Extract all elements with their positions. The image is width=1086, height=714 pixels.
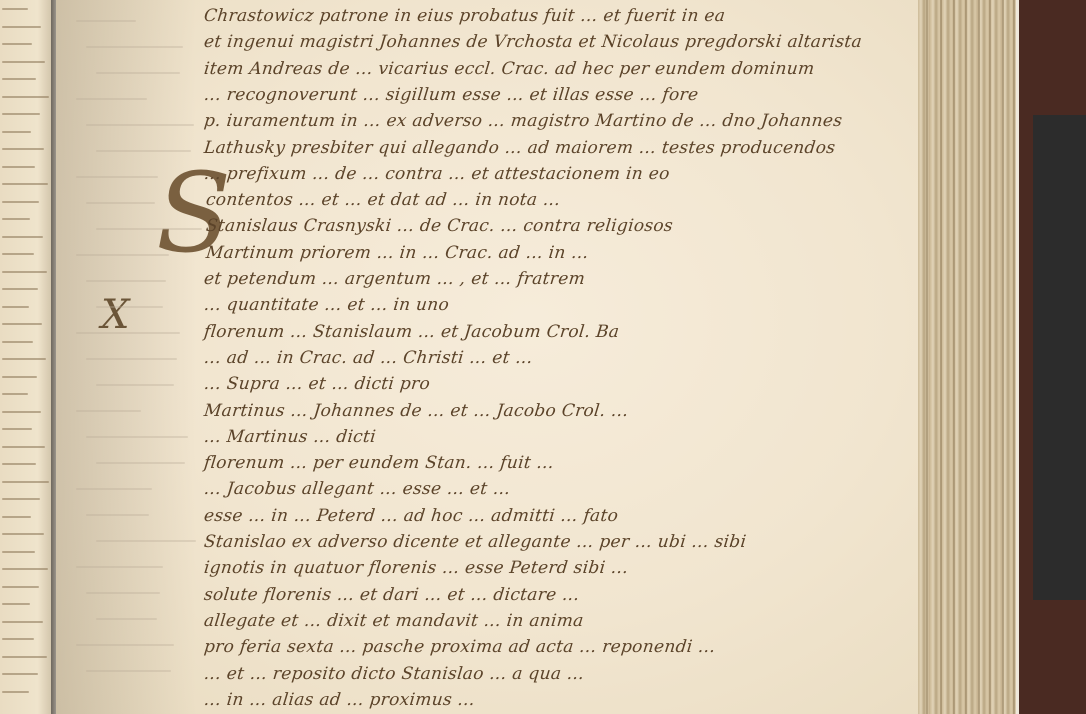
manuscript-line: item Andreas de ... vicarius eccl. Crac.… bbox=[203, 59, 816, 79]
facing-page-text bbox=[2, 691, 29, 693]
facing-page-text bbox=[2, 61, 45, 63]
facing-page-text bbox=[2, 516, 31, 518]
bleed-through-ink bbox=[86, 202, 155, 204]
facing-page-text bbox=[2, 656, 47, 658]
facing-page-text bbox=[2, 131, 31, 133]
manuscript-line: Stanislaus Crasnyski ... de Crac. ... co… bbox=[205, 216, 674, 236]
facing-page-text bbox=[2, 638, 34, 640]
facing-page-text bbox=[2, 428, 32, 430]
manuscript-line: florenum ... per eundem Stan. ... fuit .… bbox=[203, 453, 555, 473]
facing-page-text bbox=[2, 8, 28, 10]
facing-page-text bbox=[2, 358, 46, 360]
manuscript-line: ignotis in quatuor florenis ... esse Pet… bbox=[203, 558, 629, 578]
bleed-through-ink bbox=[76, 488, 152, 490]
page-edge-fold bbox=[953, 0, 955, 714]
facing-page-text bbox=[2, 498, 40, 500]
page-edge-fold bbox=[965, 0, 967, 714]
bleed-through-ink bbox=[76, 566, 163, 568]
facing-page-text bbox=[2, 96, 49, 98]
facing-page-text bbox=[2, 306, 29, 308]
manuscript-line: pro feria sexta ... pasche proxima ad ac… bbox=[203, 637, 716, 657]
manuscript-line: et ingenui magistri Johannes de Vrchosta… bbox=[203, 32, 863, 52]
manuscript-line: ... Supra ... et ... dicti pro bbox=[203, 374, 431, 394]
bleed-through-ink bbox=[76, 20, 136, 22]
facing-page-text bbox=[2, 26, 41, 28]
page-edge-fold bbox=[989, 0, 991, 714]
book-cover bbox=[1019, 0, 1086, 714]
facing-page-edge bbox=[0, 0, 54, 714]
page-edge-fold bbox=[978, 0, 980, 714]
facing-page-text bbox=[2, 113, 40, 115]
bleed-through-ink bbox=[76, 410, 141, 412]
facing-page-text bbox=[2, 551, 35, 553]
manuscript-line: ... et ... reposito dicto Stanislao ... … bbox=[203, 664, 585, 684]
facing-page-text bbox=[2, 166, 35, 168]
bleed-through-ink bbox=[76, 332, 180, 334]
page-edge-fold bbox=[926, 0, 928, 714]
manuscript-page: S X Chrastowicz patrone in eius probatus… bbox=[56, 0, 918, 714]
facing-page-text bbox=[2, 621, 43, 623]
facing-page-text bbox=[2, 481, 49, 483]
facing-page-text bbox=[2, 341, 33, 343]
bleed-through-ink bbox=[76, 98, 147, 100]
manuscript-line: allegate et ... dixit et mandavit ... in… bbox=[203, 611, 585, 631]
bleed-through-ink bbox=[86, 358, 177, 360]
manuscript-line: esse ... in ... Peterd ... ad hoc ... ad… bbox=[203, 506, 619, 526]
manuscript-line: Chrastowicz patrone in eius probatus fui… bbox=[203, 6, 726, 26]
bleed-through-ink bbox=[96, 462, 185, 464]
bleed-through-ink bbox=[86, 670, 171, 672]
bleed-through-ink bbox=[96, 306, 163, 308]
bleed-through-ink bbox=[76, 254, 169, 256]
facing-page-text bbox=[2, 288, 38, 290]
facing-page-text bbox=[2, 236, 43, 238]
manuscript-line: Lathusky presbiter qui allegando ... ad … bbox=[203, 138, 836, 158]
facing-page-text bbox=[2, 78, 36, 80]
facing-page-text bbox=[2, 463, 36, 465]
manuscript-line: Martinum priorem ... in ... Crac. ad ...… bbox=[205, 243, 590, 263]
manuscript-line: contentos ... et ... et dat ad ... in no… bbox=[205, 190, 561, 210]
bleed-through-ink bbox=[86, 592, 160, 594]
cover-dark-panel bbox=[1033, 115, 1086, 600]
manuscript-line: ... Jacobus allegant ... esse ... et ... bbox=[203, 479, 511, 499]
manuscript-line: solute florenis ... et dari ... et ... d… bbox=[203, 585, 580, 605]
bleed-through-ink bbox=[86, 436, 188, 438]
facing-page-text bbox=[2, 376, 37, 378]
facing-page-text bbox=[2, 533, 44, 535]
manuscript-photo: S X Chrastowicz patrone in eius probatus… bbox=[0, 0, 1086, 714]
manuscript-line: Martinus ... Johannes de ... et ... Jaco… bbox=[203, 401, 629, 421]
bleed-through-ink bbox=[86, 514, 149, 516]
facing-page-text bbox=[2, 253, 34, 255]
facing-page-text bbox=[2, 603, 30, 605]
manuscript-line: et petendum ... argentum ... , et ... fr… bbox=[203, 269, 586, 289]
manuscript-line: p. iuramentum in ... ex adverso ... magi… bbox=[203, 111, 843, 131]
facing-page-text bbox=[2, 271, 47, 273]
facing-page-text bbox=[2, 393, 28, 395]
manuscript-line: ... ad ... in Crac. ad ... Christi ... e… bbox=[203, 348, 534, 368]
manuscript-line: ... recognoverunt ... sigillum esse ... … bbox=[203, 85, 699, 105]
bleed-through-ink bbox=[96, 384, 174, 386]
manuscript-line: ... quantitate ... et ... in uno bbox=[203, 295, 450, 315]
facing-page-text bbox=[2, 183, 48, 185]
manuscript-line: florenum ... Stanislaum ... et Jacobum C… bbox=[203, 322, 620, 342]
gutter-shadow bbox=[56, 0, 196, 714]
facing-page-text bbox=[2, 568, 48, 570]
bleed-through-ink bbox=[96, 72, 180, 74]
facing-page-text bbox=[2, 43, 32, 45]
manuscript-line: ... Martinus ... dicti bbox=[203, 427, 377, 447]
bleed-through-ink bbox=[96, 228, 202, 230]
facing-page-text bbox=[2, 446, 45, 448]
page-edge-fold bbox=[940, 0, 942, 714]
facing-page-text bbox=[2, 201, 39, 203]
bleed-through-ink bbox=[86, 46, 183, 48]
manuscript-line: ... prefixum ... de ... contra ... et at… bbox=[203, 164, 671, 184]
manuscript-line: Stanislao ex adverso dicente et allegant… bbox=[203, 532, 747, 552]
bleed-through-ink bbox=[86, 280, 166, 282]
manuscript-line: ... in ... alias ad ... proximus ... bbox=[203, 690, 476, 710]
facing-page-text bbox=[2, 218, 30, 220]
bleed-through-ink bbox=[96, 150, 191, 152]
bleed-through-ink bbox=[86, 124, 194, 126]
bleed-through-ink bbox=[96, 618, 157, 620]
facing-page-text bbox=[2, 148, 44, 150]
facing-page-text bbox=[2, 586, 39, 588]
bleed-through-ink bbox=[76, 644, 174, 646]
page-edge-fold bbox=[1002, 0, 1004, 714]
facing-page-text bbox=[2, 411, 41, 413]
facing-page-text bbox=[2, 323, 42, 325]
bleed-through-ink bbox=[96, 540, 196, 542]
page-block-edges bbox=[918, 0, 1023, 714]
facing-page-text bbox=[2, 673, 38, 675]
page-edge-fold bbox=[1013, 0, 1015, 714]
bleed-through-ink bbox=[76, 176, 158, 178]
